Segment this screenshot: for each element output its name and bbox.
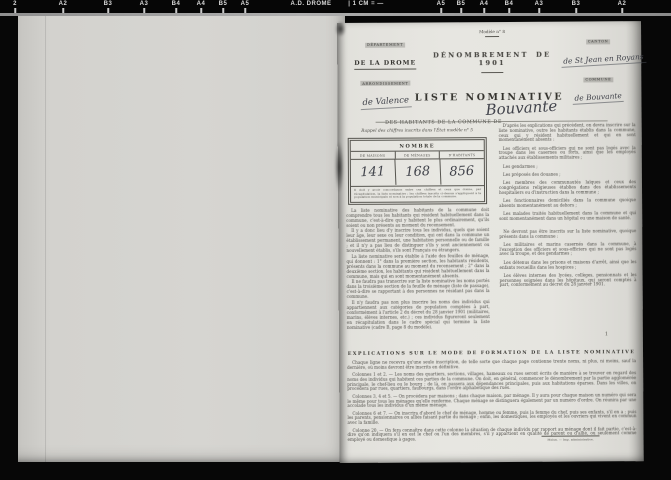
canton-handwritten: de St Jean en Royans — [561, 52, 646, 68]
ruler-tick — [175, 8, 177, 13]
department-value: DE LA DROME — [354, 60, 416, 70]
census-title: DÉNOMBREMENT DE 1901 — [429, 51, 555, 68]
commune-label: COMMUNE — [583, 77, 613, 82]
blank-left-page — [18, 16, 345, 462]
explanation-paragraphs: Chaque ligne ne recevra qu'une seule ins… — [347, 359, 636, 443]
left-paragraphs: La liste nominative des habitants de la … — [346, 208, 490, 331]
model-number: Modèle n° 8 — [429, 29, 555, 35]
population-count-table: NOMBRE DE MAISONSDE MÉNAGESD'HABITANTS 1… — [348, 137, 487, 205]
list-item: Les officiers et sous-officiers qui ne s… — [499, 146, 636, 161]
ruler-tick — [508, 8, 510, 13]
ruler-label: A5 — [241, 1, 250, 7]
table-note: Il doit y avoir concordance entre ces ch… — [351, 185, 484, 202]
ruler-label: A2 — [59, 1, 68, 7]
ruler-tick — [200, 8, 202, 13]
ruler-tick — [460, 8, 462, 13]
column-header: DE MAISONS — [351, 152, 396, 159]
paragraph: La liste nominative des habitants de la … — [346, 208, 489, 228]
page-number: 1 — [605, 331, 608, 337]
ruler-label: 2 — [13, 1, 17, 7]
ruler-label: A3 — [140, 1, 149, 7]
ruler-tick — [483, 8, 485, 13]
column-header: D'HABITANTS — [440, 151, 484, 158]
microfilm-frame: 2A2B3A3B4A4B5A5A.D. DROME| 1 CM = —A5B5A… — [0, 0, 671, 480]
two-column-text: Rappel des chiffres inscrits dans l'État… — [346, 123, 637, 349]
ruler-tick — [62, 8, 64, 13]
ruler-label: B3 — [104, 1, 113, 7]
ruler-tick — [440, 8, 442, 13]
ruler-label: B4 — [172, 1, 181, 7]
list-item: Les malades traités habituellement dans … — [499, 211, 636, 221]
handwritten-count: 141 — [350, 159, 396, 187]
list-item: Les membres des communautés laïques et c… — [499, 180, 636, 195]
census-form-page: DÉPARTEMENT DE LA DROME ARRONDISSEMENT d… — [337, 21, 644, 463]
ruler-label: A4 — [197, 1, 206, 7]
ruler-label: B3 — [572, 1, 581, 7]
paragraph: Chaque ligne ne recevra qu'une seule ins… — [347, 359, 636, 370]
ruler-label: A.D. DROME — [291, 1, 332, 7]
table-title: NOMBRE — [351, 140, 484, 152]
handwritten-count: 168 — [395, 159, 441, 187]
list-item: Les militaires et marins casernés dans l… — [499, 242, 636, 257]
paragraph: Il y a donc lieu d'y inscrire tous les i… — [346, 228, 489, 253]
list-item: Les détenus dans les prisons et maisons … — [499, 260, 636, 270]
ruler-label: | 1 CM = — — [348, 1, 384, 7]
ruler-tick — [222, 8, 224, 13]
handwritten-count: 856 — [440, 158, 485, 186]
table-value-row: 141168856 — [351, 159, 484, 186]
rule — [485, 36, 499, 37]
paragraph: Colonnes 6 et 7. — On inscrira d'abord l… — [347, 410, 636, 426]
ruler-tick — [143, 8, 145, 13]
ink-smudge — [335, 141, 344, 193]
ruler-label: A5 — [437, 1, 446, 7]
left-column: Rappel des chiffres inscrits dans l'État… — [346, 124, 490, 331]
list-item: D'après les explications qui précèdent, … — [499, 123, 636, 143]
ruler-label: A4 — [480, 1, 489, 7]
printer-imprint: Melun. — Imp. administrative. — [542, 435, 600, 441]
ruler-tick — [14, 8, 16, 13]
ruler-tick — [538, 8, 540, 13]
list-item: Les gendarmes ; — [499, 164, 636, 170]
ruler-label: B5 — [219, 1, 228, 7]
title-block: Modèle n° 8 DÉNOMBREMENT DE 1901 — [429, 29, 555, 74]
arrondissement-label: ARRONDISSEMENT — [360, 81, 410, 86]
paragraph: La liste nominative sera établie à l'aid… — [346, 254, 489, 279]
page-fold-line — [45, 16, 46, 462]
paragraph: Colonnes 1 et 2. — Les noms des quartier… — [347, 371, 636, 392]
ruler-label: B5 — [457, 1, 466, 7]
list-item: Les préposés des douanes ; — [499, 172, 636, 178]
right-column: D'après les explications qui précèdent, … — [499, 123, 637, 292]
corner-smudge — [335, 21, 346, 37]
paragraph: Il n'y faudra pas non plus inscrire les … — [347, 300, 490, 330]
explanations-section: EXPLICATIONS SUR LE MODE DE FORMATION DE… — [347, 349, 637, 445]
ruler-tick — [107, 8, 109, 13]
list-item: Les fonctionnaires domiciliés dans la co… — [499, 198, 636, 208]
department-label: DÉPARTEMENT — [365, 42, 405, 47]
ruler-label: A2 — [618, 1, 627, 7]
commune-name-handwritten: Bouvante — [485, 97, 558, 119]
ruler-label: B4 — [505, 1, 514, 7]
paragraph: Colonnes 3, 4 et 5. — On procédera par m… — [347, 393, 636, 409]
ruler-label: A3 — [535, 1, 544, 7]
list-item: Les élèves internes des lycées, collèges… — [500, 273, 637, 288]
column-header: DE MÉNAGES — [395, 151, 440, 158]
right-items: D'après les explications qui précèdent, … — [499, 123, 637, 288]
ruler-tick — [575, 8, 577, 13]
paragraph: Il ne faudra pas transcrire sur la liste… — [347, 280, 490, 300]
list-item: Ne devront pas être inscrits sur la list… — [499, 229, 636, 239]
ruler-tick — [244, 8, 246, 13]
explanations-heading: EXPLICATIONS SUR LE MODE DE FORMATION DE… — [347, 349, 636, 357]
canton-label: CANTON — [586, 39, 611, 44]
rule — [481, 72, 503, 73]
recall-caption: Rappel des chiffres inscrits dans l'État… — [346, 128, 489, 134]
ruler-tick — [621, 8, 623, 13]
